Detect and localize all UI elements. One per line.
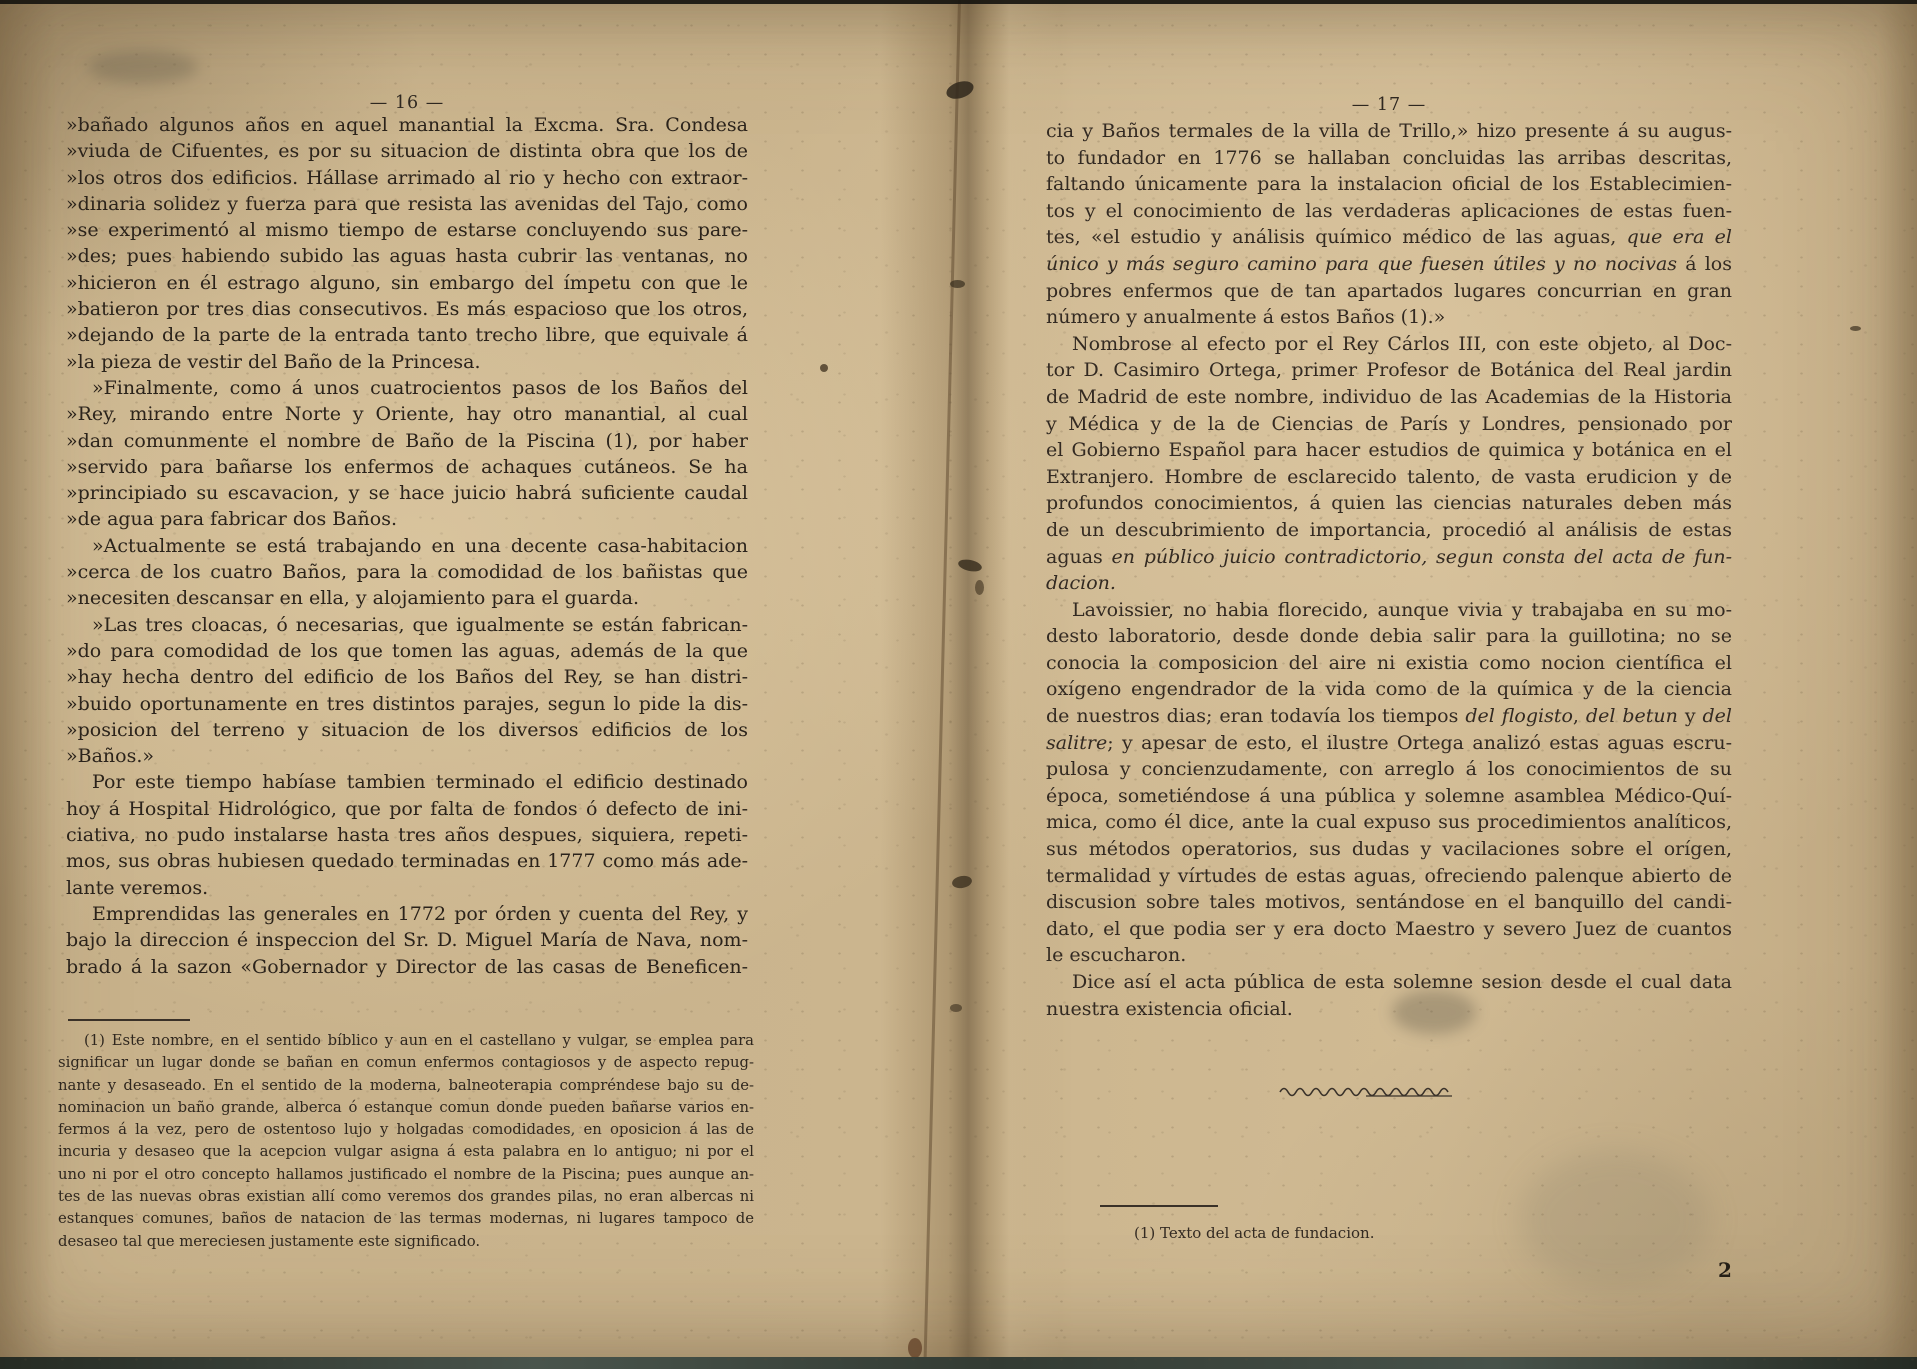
- text-line: incuria y desaseo que la acepcion vulgar…: [58, 1141, 754, 1163]
- footnote-rule-right: [1100, 1205, 1218, 1207]
- gutter-crease: [923, 0, 961, 1369]
- left-page-text: »bañado algunos años en aquel manantial …: [66, 112, 748, 980]
- text-line: »Actualmente se está trabajando en una d…: [66, 533, 748, 559]
- text-line: desto laboratorio, desde donde debia sal…: [1046, 623, 1732, 650]
- text-line: mos, sus obras hubiesen quedado terminad…: [66, 848, 748, 874]
- text-line: to fundador en 1776 se hallaban concluid…: [1046, 145, 1732, 172]
- right-page-footnote: (1) Texto del acta de fundacion.: [1108, 1222, 1728, 1244]
- text-line: »cerca de los cuatro Baños, para la como…: [66, 559, 748, 585]
- text-line: »necesiten descansar en ella, y alojamie…: [66, 585, 748, 611]
- text-line: conocia la composicion del aire ni exist…: [1046, 650, 1732, 677]
- text-line: dacion.: [1046, 570, 1732, 597]
- stitch-mark: [950, 280, 965, 288]
- text-line: aguas en público juicio contradictorio, …: [1046, 544, 1732, 571]
- text-line: »de agua para fabricar dos Baños.: [66, 506, 748, 532]
- text-line: discusion sobre tales motivos, sentándos…: [1046, 889, 1732, 916]
- text-line: uno ni por el otro concepto hallamos jus…: [58, 1164, 754, 1186]
- text-line: »hay hecha dentro del edificio de los Ba…: [66, 664, 748, 690]
- text-line: Lavoissier, no habia florecido, aunque v…: [1046, 597, 1732, 624]
- text-line: »des; pues habiendo subido las aguas has…: [66, 243, 748, 269]
- ink-speck: [820, 364, 828, 372]
- text-line: único y más seguro camino para que fuese…: [1046, 251, 1732, 278]
- text-line: termalidad y vírtudes de estas aguas, of…: [1046, 863, 1732, 890]
- text-line: »servido para bañarse los enfermos de ac…: [66, 454, 748, 480]
- stitch-mark: [950, 1004, 962, 1012]
- text-line: »posicion del terreno y situacion de los…: [66, 717, 748, 743]
- text-line: tes, «el estudio y análisis químico médi…: [1046, 224, 1732, 251]
- text-line: Nombrose al efecto por el Rey Cárlos III…: [1046, 331, 1732, 358]
- text-line: nominacion un baño grande, alberca ó est…: [58, 1097, 754, 1119]
- text-line: oxígeno engendrador de la vida como de l…: [1046, 676, 1732, 703]
- text-line: nante y desaseado. En el sentido de la m…: [58, 1075, 754, 1097]
- text-line: le escucharon.: [1046, 942, 1732, 969]
- text-line: »buido oportunamente en tres distintos p…: [66, 691, 748, 717]
- text-line: brado á la sazon «Gobernador y Director …: [66, 954, 748, 980]
- text-line: bajo la direccion é inspeccion del Sr. D…: [66, 927, 748, 953]
- book-scan: — 16 — »bañado algunos años en aquel man…: [0, 0, 1917, 1369]
- text-line: »bañado algunos años en aquel manantial …: [66, 112, 748, 138]
- text-line: Emprendidas las generales en 1772 por ór…: [66, 901, 748, 927]
- text-line: »hicieron en él estrago alguno, sin emba…: [66, 270, 748, 296]
- text-line: mica, como él dice, ante la cual expuso …: [1046, 809, 1732, 836]
- text-line: desaseo tal que mereciesen justamente es…: [58, 1231, 754, 1253]
- scan-edge-bottom: [0, 1357, 1917, 1369]
- text-line: Dice así el acta pública de esta solemne…: [1046, 969, 1732, 996]
- text-line: faltando únicamente para la instalacion …: [1046, 171, 1732, 198]
- text-line: »la pieza de vestir del Baño de la Princ…: [66, 349, 748, 375]
- binding-gutter: [880, 0, 1060, 1369]
- text-line: »principiado su escavacion, y se hace ju…: [66, 480, 748, 506]
- text-line: tes de las nuevas obras existian allí co…: [58, 1186, 754, 1208]
- text-line: (1) Este nombre, en el sentido bíblico y…: [58, 1030, 754, 1052]
- text-line: Extranjero. Hombre de esclarecido talent…: [1046, 464, 1732, 491]
- text-line: pulosa y concienzudamente, con arreglo á…: [1046, 756, 1732, 783]
- ink-speck: [1850, 326, 1861, 331]
- text-line: (1) Texto del acta de fundacion.: [1108, 1222, 1728, 1244]
- stitch-mark: [944, 78, 976, 102]
- text-line: »Rey, mirando entre Norte y Oriente, hay…: [66, 401, 748, 427]
- text-line: »dan comunmente el nombre de Baño de la …: [66, 428, 748, 454]
- text-line: cia y Baños termales de la villa de Tril…: [1046, 118, 1732, 145]
- text-line: sus métodos operatorios, sus dudas y vac…: [1046, 836, 1732, 863]
- text-line: »viuda de Cifuentes, es por su situacion…: [66, 138, 748, 164]
- text-line: Por este tiempo habíase tambien terminad…: [66, 769, 748, 795]
- text-line: tos y el conocimiento de las verdaderas …: [1046, 198, 1732, 225]
- text-line: estanques comunes, baños de natacion de …: [58, 1208, 754, 1230]
- text-line: el Gobierno Español para hacer estudios …: [1046, 437, 1732, 464]
- text-line: fermos á la vez, pero de ostentoso lujo …: [58, 1119, 754, 1141]
- text-line: número y anualmente á estos Baños (1).»: [1046, 304, 1732, 331]
- text-line: ciativa, no pudo instalarse hasta tres a…: [66, 822, 748, 848]
- footnote-rule-left: [68, 1019, 190, 1021]
- stitch-mark: [975, 580, 984, 595]
- text-line: significar un lugar donde se bañan en co…: [58, 1052, 754, 1074]
- scan-edge-top: [0, 0, 1917, 4]
- text-line: »Las tres cloacas, ó necesarias, que igu…: [66, 612, 748, 638]
- text-line: de un descubrimiento de importancia, pro…: [1046, 517, 1732, 544]
- smudge: [1520, 1150, 1710, 1290]
- text-line: tor D. Casimiro Ortega, primer Profesor …: [1046, 357, 1732, 384]
- page-number-left: — 16 —: [66, 93, 748, 113]
- right-page-text: cia y Baños termales de la villa de Tril…: [1046, 118, 1732, 1022]
- text-line: »los otros dos edificios. Hállase arrima…: [66, 165, 748, 191]
- text-line: de nuestros dias; eran todavía los tiemp…: [1046, 703, 1732, 730]
- text-line: lante veremos.: [66, 875, 748, 901]
- stitch-mark: [957, 558, 983, 574]
- text-line: y Médica y de la de Ciencias de París y …: [1046, 411, 1732, 438]
- wavy-divider: [1278, 1084, 1454, 1104]
- text-line: »se experimentó al mismo tiempo de estar…: [66, 217, 748, 243]
- signature-mark: 2: [1718, 1258, 1732, 1282]
- stitch-mark: [908, 1338, 922, 1358]
- text-line: de Madrid de este nombre, individuo de l…: [1046, 384, 1732, 411]
- text-line: »do para comodidad de los que tomen las …: [66, 638, 748, 664]
- smudge: [88, 50, 198, 84]
- left-page-footnote: (1) Este nombre, en el sentido bíblico y…: [58, 1030, 754, 1253]
- text-line: dato, el que podia ser y era docto Maest…: [1046, 916, 1732, 943]
- text-line: profundos conocimientos, á quien las cie…: [1046, 490, 1732, 517]
- text-line: »Baños.»: [66, 743, 748, 769]
- page-number-right: — 17 —: [1046, 95, 1732, 115]
- text-line: nuestra existencia oficial.: [1046, 996, 1732, 1023]
- text-line: »batieron por tres dias consecutivos. Es…: [66, 296, 748, 322]
- text-line: »dejando de la parte de la entrada tanto…: [66, 322, 748, 348]
- stitch-mark: [951, 874, 973, 889]
- text-line: época, sometiéndose á una pública y sole…: [1046, 783, 1732, 810]
- text-line: hoy á Hospital Hidrológico, que por falt…: [66, 796, 748, 822]
- text-line: salitre; y apesar de esto, el ilustre Or…: [1046, 730, 1732, 757]
- text-line: »dinaria solidez y fuerza para que resis…: [66, 191, 748, 217]
- text-line: pobres enfermos que de tan apartados lug…: [1046, 278, 1732, 305]
- text-line: »Finalmente, como á unos cuatrocientos p…: [66, 375, 748, 401]
